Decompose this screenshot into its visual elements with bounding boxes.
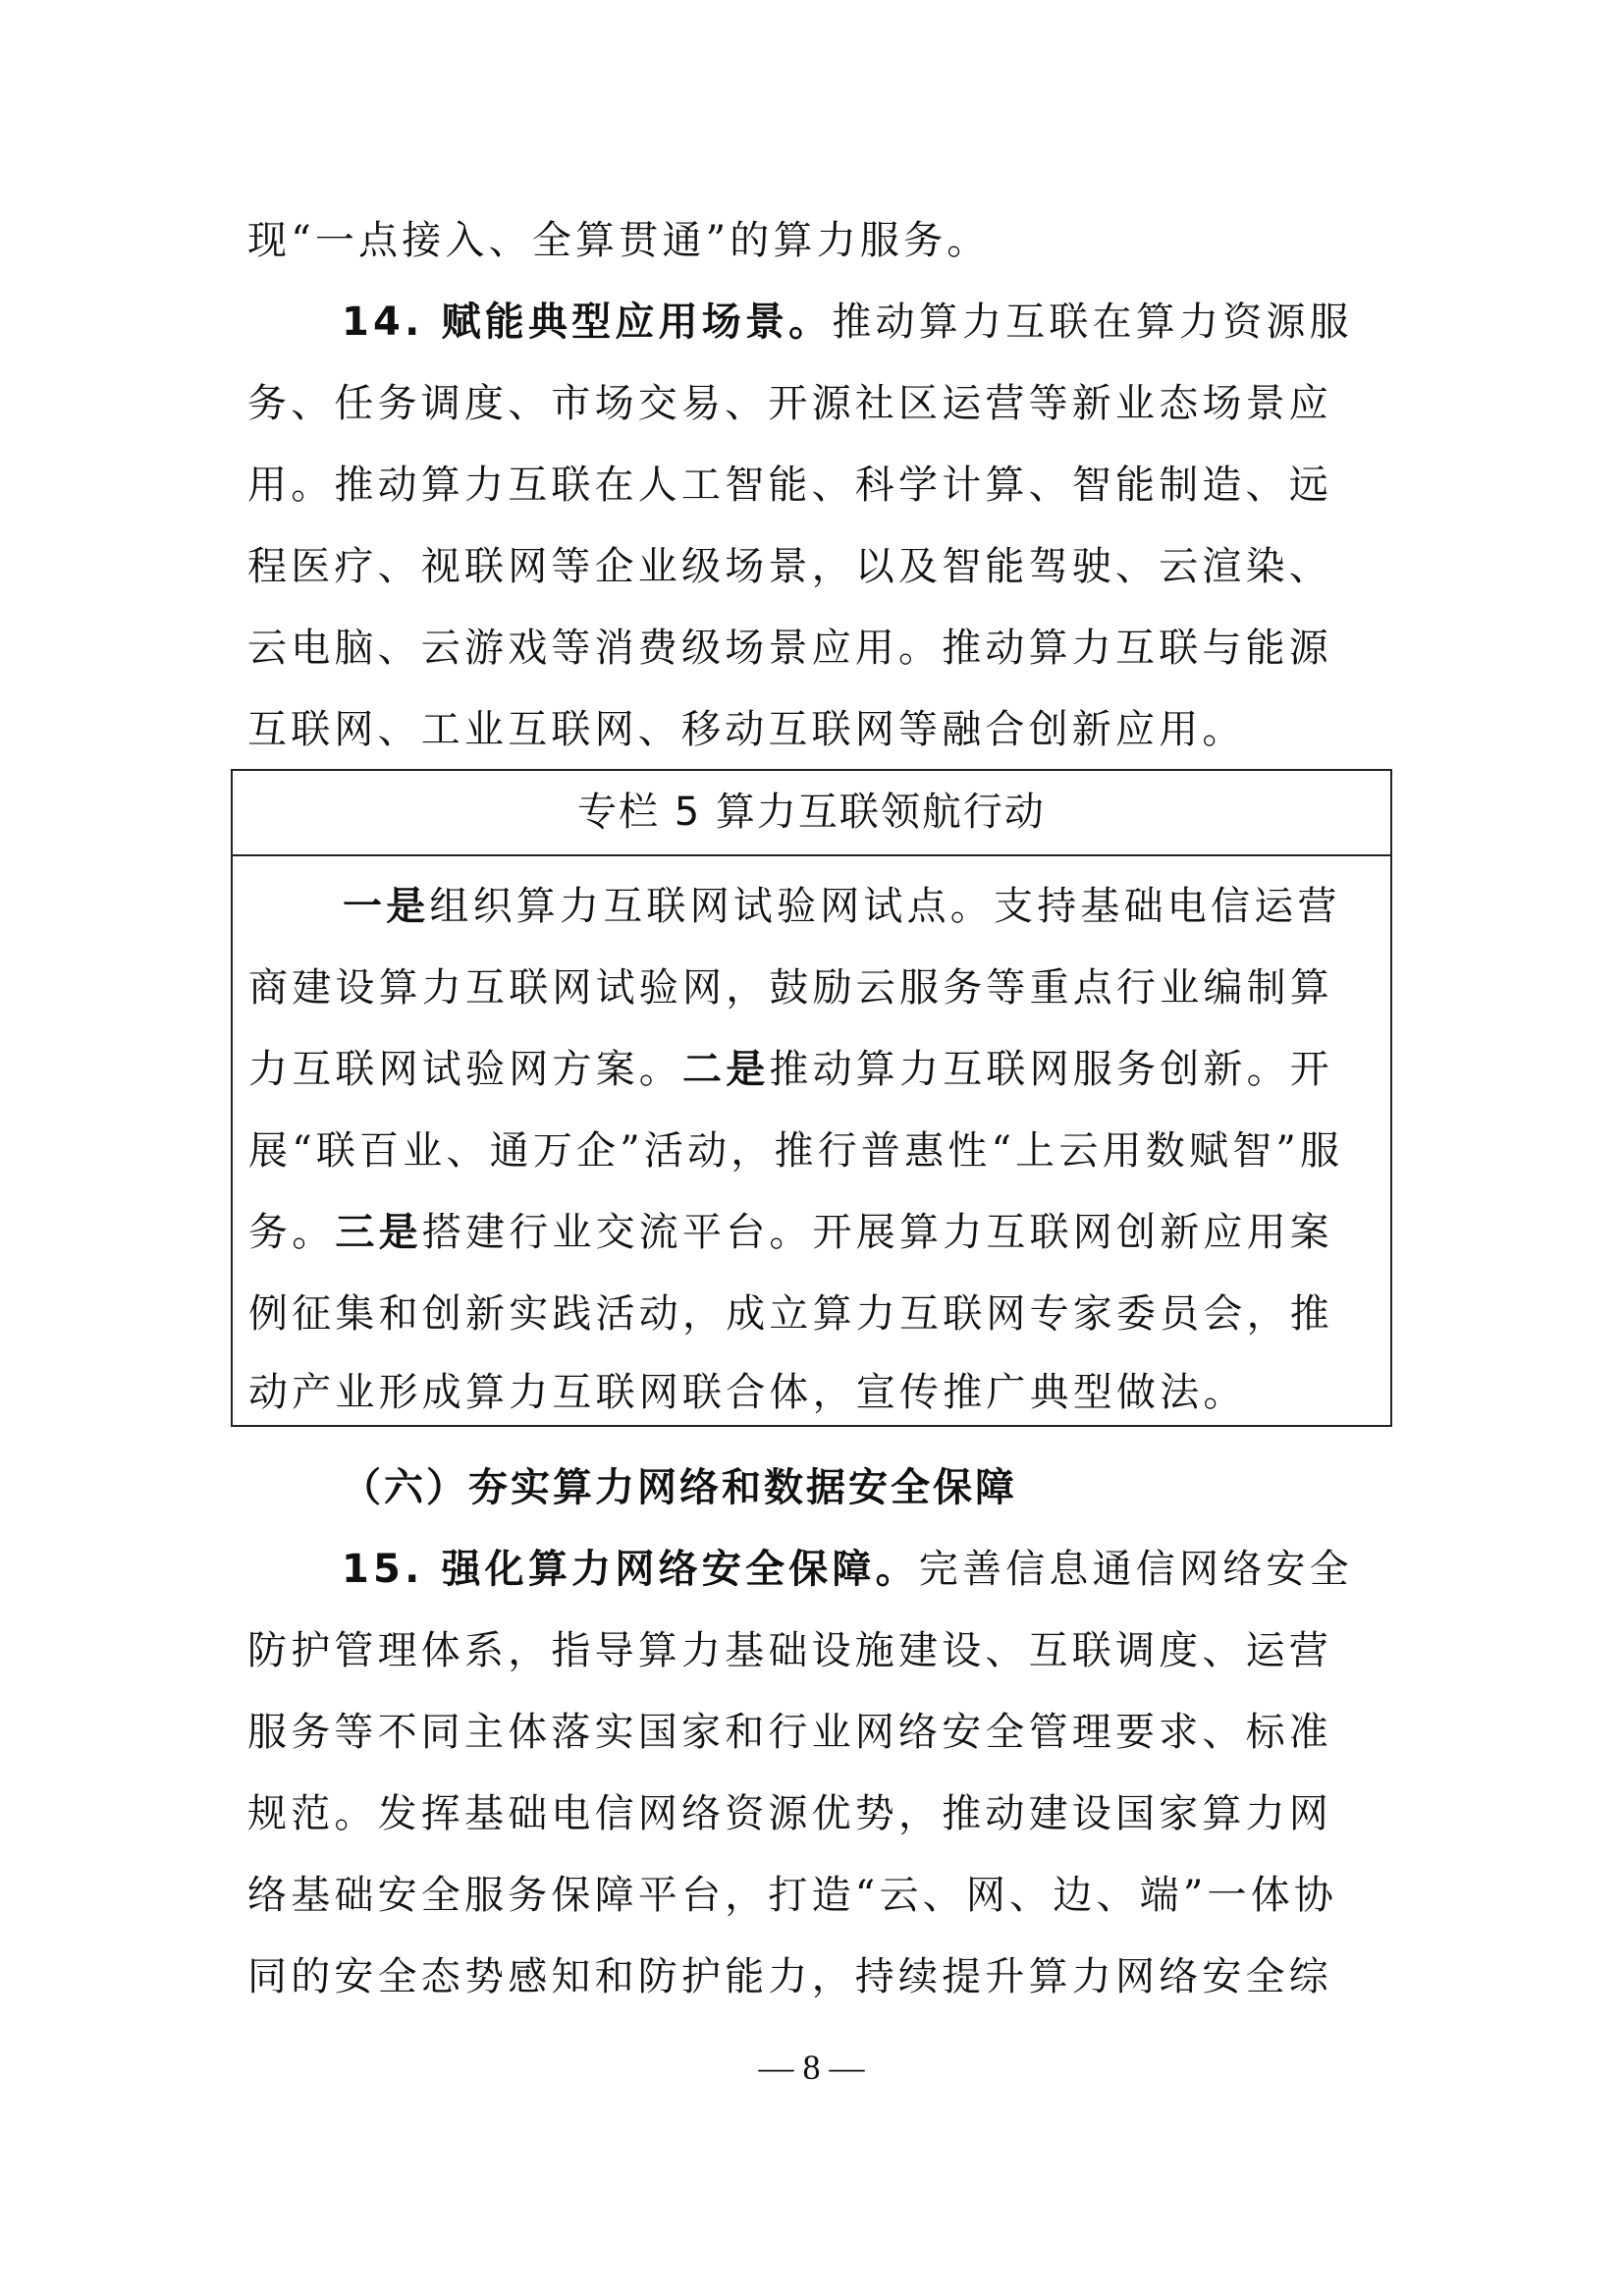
paragraph-15-line: 防护管理体系，指导算力基础设施建设、互联调度、运营 <box>247 1621 1377 1680</box>
column-box-text: 力互联网试验网方案。 <box>248 1047 682 1092</box>
paragraph-14-line: 用。推动算力互联在人工智能、科学计算、智能制造、远 <box>247 456 1377 515</box>
column-box-text: 搭建行业交流平台。开展算力互联网创新应用案 <box>422 1210 1333 1255</box>
paragraph-13-tail: 现“一点接入、全算贯通”的算力服务。 <box>247 211 1377 270</box>
column-box-line: 动产业形成算力互联网联合体，宣传推广典型做法。 <box>248 1363 1378 1422</box>
paragraph-15-line: 同的安全态势感知和防护能力，持续提升算力网络安全综 <box>247 1947 1377 2006</box>
paragraph-15-line: 络基础安全服务保障平台，打造“云、网、边、端”一体协 <box>247 1866 1377 1925</box>
column-box-text: 组织算力互联网试验网试点。支持基础电信运营 <box>429 884 1340 929</box>
paragraph-14-line: 云电脑、云游戏等消费级场景应用。推动算力互联与能源 <box>247 619 1377 678</box>
column-box-line: 展“联百业、通万企”活动，推行普惠性“上云用数赋智”服 <box>248 1121 1378 1180</box>
column-box-line: 例征集和创新实践活动，成立算力互联网专家委员会，推 <box>248 1285 1378 1343</box>
page-number: — 8 — <box>0 2038 1623 2097</box>
paragraph-15-first-line: 15. 强化算力网络安全保障。完善信息通信网络安全 <box>342 1540 1471 1599</box>
paragraph-15-line: 服务等不同主体落实国家和行业网络安全管理要求、标准 <box>247 1703 1377 1762</box>
paragraph-14-line: 互联网、工业互联网、移动互联网等融合创新应用。 <box>247 700 1377 759</box>
paragraph-14-line: 务、任务调度、市场交易、开源社区运营等新业态场景应 <box>247 374 1377 433</box>
paragraph-15-line: 规范。发挥基础电信网络资源优势，推动建设国家算力网 <box>247 1784 1377 1843</box>
point-one-label: 一是 <box>343 884 429 929</box>
column-box-line: 一是组织算力互联网试验网试点。支持基础电信运营 <box>343 877 1472 936</box>
column-box-text: 务。 <box>248 1210 335 1255</box>
point-two-label: 二是 <box>682 1047 769 1092</box>
paragraph-14-first-line: 14. 赋能典型应用场景。推动算力互联在算力资源服 <box>342 293 1471 352</box>
paragraph-15-heading: 15. 强化算力网络安全保障。 <box>342 1547 919 1592</box>
column-box-text: 推动算力互联网服务创新。开 <box>769 1047 1333 1092</box>
point-three-label: 三是 <box>335 1210 421 1255</box>
paragraph-14-text: 推动算力互联在算力资源服 <box>832 300 1352 345</box>
column-box-5: 专栏 5 算力互联领航行动 一是组织算力互联网试验网试点。支持基础电信运营 商建… <box>231 769 1392 1427</box>
paragraph-15-text: 完善信息通信网络安全 <box>919 1547 1353 1592</box>
section-6-heading: （六）夯实算力网络和数据安全保障 <box>342 1458 1017 1517</box>
paragraph-14-heading: 14. 赋能典型应用场景。 <box>342 300 832 345</box>
column-box-line: 力互联网试验网方案。二是推动算力互联网服务创新。开 <box>248 1040 1378 1099</box>
column-box-title: 专栏 5 算力互联领航行动 <box>233 771 1390 856</box>
paragraph-14-line: 程医疗、视联网等企业级场景，以及智能驾驶、云渲染、 <box>247 537 1377 596</box>
column-box-line: 务。三是搭建行业交流平台。开展算力互联网创新应用案 <box>248 1203 1378 1262</box>
column-box-line: 商建设算力互联网试验网，鼓励云服务等重点行业编制算 <box>248 958 1378 1017</box>
